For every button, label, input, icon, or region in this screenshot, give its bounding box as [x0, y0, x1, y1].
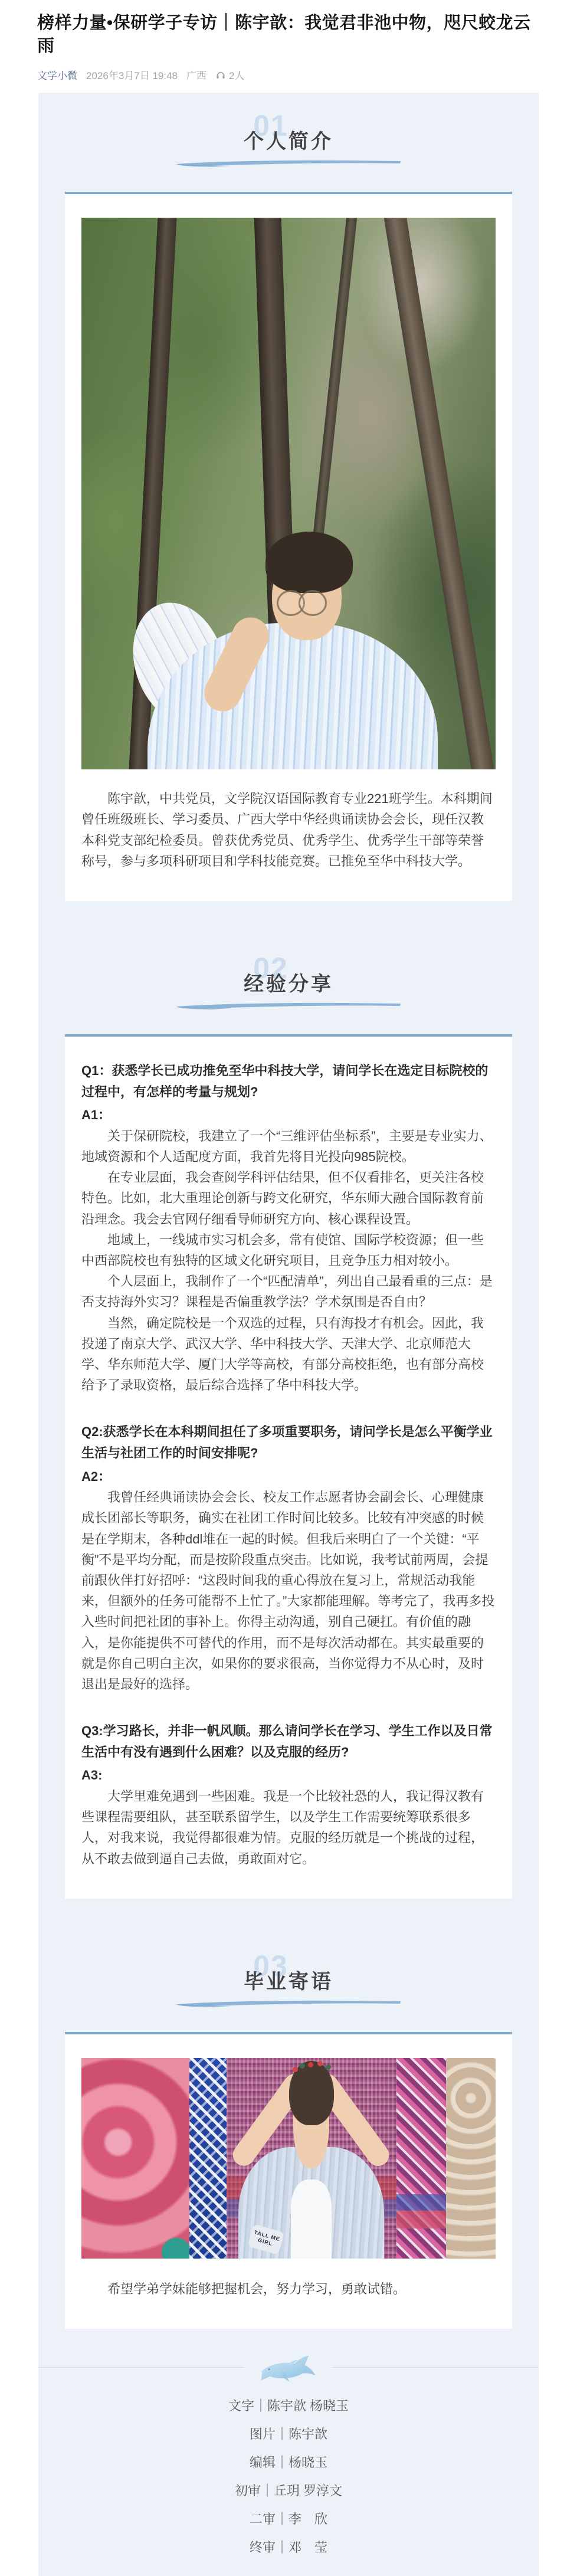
publish-location: 广西 — [186, 67, 206, 82]
credit-line: 终审｜邓 莹 — [38, 2538, 539, 2556]
photo-person-tshirt — [291, 2180, 332, 2259]
photo-blue-fabric — [189, 2058, 227, 2259]
article-header: 榜样力量•保研学子专访｜陈宇歆：我觉君非池中物，咫尺蛟龙云雨 文学小微 2026… — [0, 0, 577, 82]
divider-line — [333, 2367, 539, 2368]
answer-3-paragraph: 大学里难免遇到一些困难。我是一个比较社恐的人，我记得汉教有些课程需要组队，甚至联… — [81, 1786, 496, 1869]
photo-person-area: TALL ME GIRL — [227, 2058, 396, 2259]
question-1: Q1：获悉学长已成功推免至华中科技大学，请问学长在选定目标院校的过程中，有怎样的… — [81, 1060, 496, 1102]
credits: 文字｜陈宇歆 杨晓玉 图片｜陈宇歆 编辑｜杨晓玉 初审｜丘玥 罗淳文 二审｜李 … — [38, 2396, 539, 2556]
question-3: Q3:学习路长，并非一帆风顺。那么请问学长在学习、学生工作以及日常生活中有没有遇… — [81, 1720, 496, 1762]
question-2: Q2:获悉学长在本科期间担任了多项重要职务，请问学长是怎么平衡学业生活与社团工作… — [81, 1421, 496, 1463]
profile-card: 陈宇歆，中共党员，文学院汉语国际教育专业221班学生。本科期间曾任班级班长、学习… — [65, 192, 512, 901]
answer-1-paragraph: 在专业层面，我会查阅学科评估结果，但不仅看排名，更关注各校特色。比如，北大重理论… — [81, 1167, 496, 1230]
answer-2-paragraph: 我曾任经典诵读协会会长、校友工作志愿者协会副会长、心理健康成长团部长等职务，确实… — [81, 1487, 496, 1695]
photo-person-hair — [265, 532, 353, 593]
credit-line: 二审｜李 欣 — [38, 2509, 539, 2528]
answer-1-paragraph: 个人层面上，我制作了一个“匹配清单”，列出自己最看重的三点：是否支持海外实习？课… — [81, 1271, 496, 1312]
section-title: 个人简介 — [38, 125, 539, 154]
brush-underline — [173, 1000, 404, 1011]
section-title: 经验分享 — [38, 968, 539, 997]
credit-line: 文字｜陈宇歆 杨晓玉 — [38, 2396, 539, 2414]
answer-2-label: A2： — [81, 1466, 496, 1487]
article-meta: 文学小微 2026年3月7日 19:48 广西 2人 — [37, 67, 540, 82]
credit-line: 图片｜陈宇歆 — [38, 2424, 539, 2443]
answer-1-label: A1： — [81, 1105, 496, 1126]
listener-count: 2人 — [229, 67, 244, 82]
brush-underline — [173, 158, 404, 168]
article-body: 01 个人简介 陈宇歆，中共党员，文学院汉语国际教育专业221班学生。本科期间曾… — [38, 93, 539, 2576]
section-header-2: 02 经验分享 — [38, 901, 539, 1011]
section-title: 毕业寄语 — [38, 1965, 539, 1994]
answer-1-paragraph: 当然，确定院校是一个双选的过程，只有海投才有机会。因此，我投递了南京大学、武汉大… — [81, 1313, 496, 1396]
answer-1-paragraph: 地域上，一线城市实习机会多，常有使馆、国际学校资源；但一些中西部院校也有独特的区… — [81, 1230, 496, 1271]
photo-beige-fabric — [446, 2058, 496, 2259]
qa-card: Q1：获悉学长已成功推免至华中科技大学，请问学长在选定目标院校的过程中，有怎样的… — [65, 1034, 512, 1899]
answer-3-label: A3: — [81, 1765, 496, 1786]
message-card: TALL ME GIRL 希望学弟学妹能够把握机会，努力学习，勇敢试错。 — [65, 2032, 512, 2329]
listeners-badge[interactable]: 2人 — [215, 67, 244, 82]
headphones-icon — [215, 70, 226, 80]
profile-bio: 陈宇歆，中共党员，文学院汉语国际教育专业221班学生。本科期间曾任班级班长、学习… — [81, 788, 496, 871]
credit-line: 初审｜丘玥 罗淳文 — [38, 2481, 539, 2499]
section-header-3: 03 毕业寄语 — [38, 1899, 539, 2008]
credit-line: 编辑｜杨晓玉 — [38, 2453, 539, 2471]
graduation-photo[interactable]: TALL ME GIRL — [81, 2058, 496, 2259]
photo-person-hair — [289, 2061, 334, 2125]
photo-purple-fabric — [396, 2058, 446, 2259]
publish-date: 2026年3月7日 19:48 — [86, 67, 178, 82]
answer-1-paragraph: 关于保研院校，我建立了一个“三维评估坐标系”，主要是专业实力、地域资源和个人适配… — [81, 1126, 496, 1167]
dolphin-icon — [244, 2352, 333, 2383]
brush-underline — [173, 1998, 404, 2008]
footer-divider — [38, 2352, 539, 2383]
profile-photo[interactable] — [81, 218, 496, 769]
account-name[interactable]: 文学小微 — [37, 67, 77, 82]
photo-rose — [81, 2058, 189, 2259]
photo-flower-crown — [308, 2062, 313, 2067]
photo-glasses — [299, 590, 327, 616]
section-header-1: 01 个人简介 — [38, 93, 539, 168]
graduation-message: 希望学弟学妹能够把握机会，努力学习，勇敢试错。 — [81, 2279, 496, 2299]
divider-line — [38, 2367, 244, 2368]
page-title: 榜样力量•保研学子专访｜陈宇歆：我觉君非池中物，咫尺蛟龙云雨 — [37, 12, 540, 58]
